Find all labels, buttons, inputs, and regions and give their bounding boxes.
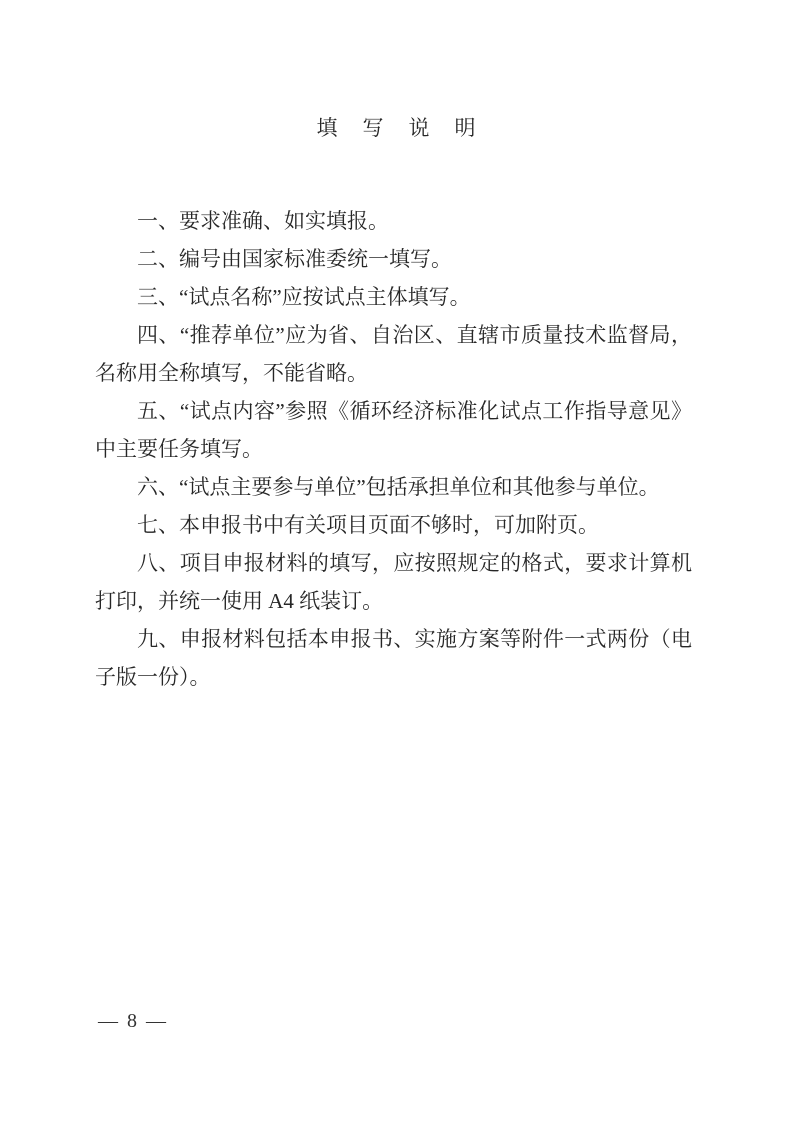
- page-number: — 8 —: [98, 1008, 168, 1034]
- document-page: 填 写 说 明 一、要求准确、如实填报。 二、编号由国家标准委统一填写。 三、“…: [0, 0, 794, 1123]
- instruction-item-5: 五、“试点内容”参照《循环经济标准化试点工作指导意见》中主要任务填写。: [95, 392, 692, 468]
- instruction-item-9: 九、申报材料包括本申报书、实施方案等附件一式两份（电子版一份）。: [95, 620, 692, 696]
- instruction-item-7: 七、本申报书中有关项目页面不够时，可加附页。: [95, 506, 692, 544]
- instruction-item-8: 八、项目申报材料的填写，应按照规定的格式，要求计算机打印，并统一使用 A4 纸装…: [95, 544, 692, 620]
- instruction-item-1: 一、要求准确、如实填报。: [95, 202, 692, 240]
- instruction-item-6: 六、“试点主要参与单位”包括承担单位和其他参与单位。: [95, 468, 692, 506]
- instruction-item-2: 二、编号由国家标准委统一填写。: [95, 240, 692, 278]
- instruction-item-3: 三、“试点名称”应按试点主体填写。: [95, 278, 692, 316]
- document-title: 填 写 说 明: [0, 0, 794, 142]
- instruction-item-4: 四、“推荐单位”应为省、自治区、直辖市质量技术监督局，名称用全称填写，不能省略。: [95, 316, 692, 392]
- instructions-list: 一、要求准确、如实填报。 二、编号由国家标准委统一填写。 三、“试点名称”应按试…: [95, 202, 692, 696]
